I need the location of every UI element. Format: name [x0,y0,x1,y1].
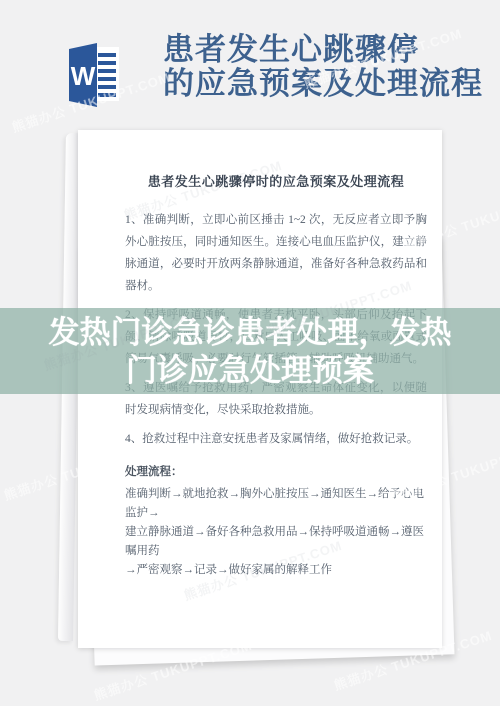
paragraph-1: 1、准确判断，立即心前区捶击 1~2 次，无反应者立即予胸外心脏按压，同时通知医… [125,209,427,297]
flow-heading: 处理流程： [125,463,427,479]
header-title-line2: 的应急预案及处理流程 [163,67,483,101]
word-icon: W [66,42,122,108]
svg-text:W: W [71,61,96,91]
header-title: 患者发生心跳骤停 的应急预案及处理流程 [163,33,483,101]
document-title: 患者发生心跳骤停时的应急预案及处理流程 [125,171,427,190]
flow-line-2: 建立静脉通道→备好各种急救用品→保持呼吸道通畅→遵医嘱用药 [125,523,427,561]
header-title-line1: 患者发生心跳骤停 [163,33,483,67]
banner-line2: 门诊应急处理预案 [126,352,374,390]
page-canvas: W 患者发生心跳骤停 的应急预案及处理流程 患者发生心跳骤停时的应急预案及处理流… [0,0,500,706]
paragraph-4: 4、抢救过程中注意安抚患者及家属情绪，做好抢救记录。 [125,428,427,450]
flow-block: 准确判断→就地抢救→胸外心脏按压→通知医生→给予心电监护→ 建立静脉通道→备好各… [125,485,427,580]
banner-line1: 发热门诊急诊患者处理，发热 [49,314,452,352]
flow-line-3: →严密观察→记录→做好家属的解释工作 [125,561,427,580]
flow-line-1: 准确判断→就地抢救→胸外心脏按压→通知医生→给予心电监护→ [125,485,427,523]
seo-title-banner: 发热门诊急诊患者处理，发热 门诊应急处理预案 [0,308,500,394]
